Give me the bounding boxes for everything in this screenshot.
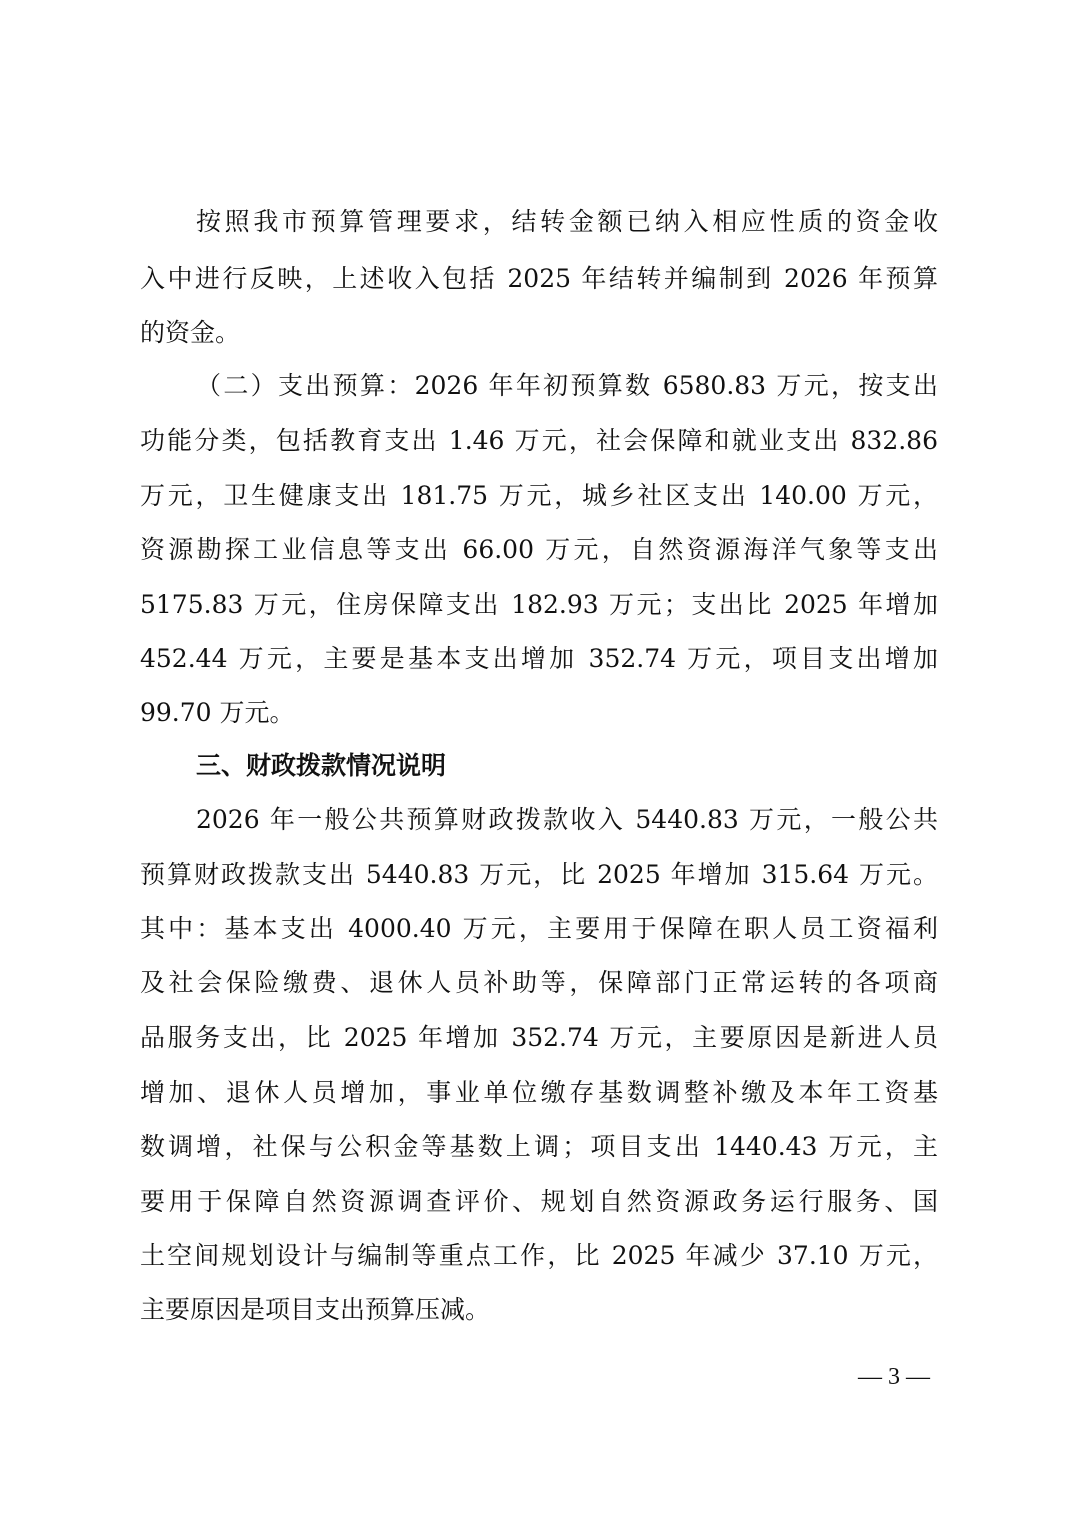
paragraph-carryover-line-1: 按照我市预算管理要求，结转金额已纳入相应性质的资金收: [196, 205, 938, 239]
paragraph-appropriation-line-3: 其中：基本支出 4000.40 万元，主要用于保障在职人员工资福利: [140, 912, 938, 946]
paragraph-appropriation-line-10: 主要原因是项目支出预算压减。: [140, 1293, 938, 1327]
paragraph-expenditure-line-5: 5175.83 万元，住房保障支出 182.93 万元；支出比 2025 年增加: [140, 588, 938, 622]
paragraph-appropriation-line-7: 数调增，社保与公积金等基数上调；项目支出 1440.43 万元，主: [140, 1130, 938, 1164]
paragraph-expenditure-line-6: 452.44 万元，主要是基本支出增加 352.74 万元，项目支出增加: [140, 642, 938, 676]
paragraph-expenditure-line-4: 资源勘探工业信息等支出 66.00 万元，自然资源海洋气象等支出: [140, 533, 938, 567]
paragraph-appropriation-line-9: 土空间规划设计与编制等重点工作，比 2025 年减少 37.10 万元，: [140, 1239, 938, 1273]
paragraph-appropriation-line-1: 2026 年一般公共预算财政拨款收入 5440.83 万元，一般公共: [196, 803, 938, 837]
paragraph-expenditure-line-1: （二）支出预算：2026 年年初预算数 6580.83 万元，按支出: [196, 369, 938, 403]
paragraph-appropriation-line-8: 要用于保障自然资源调查评价、规划自然资源政务运行服务、国: [140, 1185, 938, 1219]
paragraph-carryover-line-2: 入中进行反映，上述收入包括 2025 年结转并编制到 2026 年预算: [140, 262, 938, 296]
document-page: 按照我市预算管理要求，结转金额已纳入相应性质的资金收 入中进行反映，上述收入包括…: [0, 0, 1074, 1520]
paragraph-appropriation-line-2: 预算财政拨款支出 5440.83 万元，比 2025 年增加 315.64 万元…: [140, 858, 938, 892]
paragraph-expenditure-line-7: 99.70 万元。: [140, 696, 938, 730]
page-number: — 3 —: [858, 1364, 930, 1391]
section-heading-appropriation: 三、财政拨款情况说明: [196, 749, 938, 783]
paragraph-appropriation-line-6: 增加、退休人员增加，事业单位缴存基数调整补缴及本年工资基: [140, 1076, 938, 1110]
paragraph-carryover-line-3: 的资金。: [140, 316, 938, 350]
paragraph-expenditure-line-3: 万元，卫生健康支出 181.75 万元，城乡社区支出 140.00 万元，: [140, 479, 938, 513]
paragraph-appropriation-line-4: 及社会保险缴费、退休人员补助等，保障部门正常运转的各项商: [140, 966, 938, 1000]
paragraph-appropriation-line-5: 品服务支出，比 2025 年增加 352.74 万元，主要原因是新进人员: [140, 1021, 938, 1055]
paragraph-expenditure-line-2: 功能分类，包括教育支出 1.46 万元，社会保障和就业支出 832.86: [140, 424, 938, 458]
